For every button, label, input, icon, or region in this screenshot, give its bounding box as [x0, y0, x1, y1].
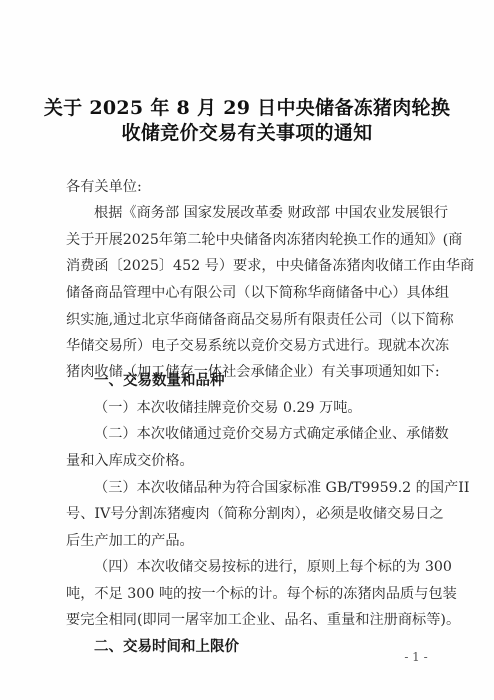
document-title-line-1: 关于 2025 年 8 月 29 日中央储备冻猪肉轮换 [0, 96, 494, 121]
intro-paragraph-line: 储备商品管理中心有限公司（以下简称华商储备中心）具体组 [66, 282, 428, 304]
section1-item-3-line: 号、IV号分割冻猪瘦肉（简称分割肉），必须是收储交易日之 [66, 503, 428, 525]
intro-paragraph-line: 华储交易所）电子交易系统以竞价交易方式进行。现就本次冻 [66, 335, 428, 357]
intro-paragraph-line: 消费函〔2025〕452 号）要求，中央储备冻猪肉收储工作由华商 [66, 255, 428, 277]
section1-item-3-line: （三）本次收储品种为符合国家标准 GB/T9959.2 的国产II [94, 477, 428, 499]
section-heading-1: 一、交易数量和品种 [94, 370, 225, 392]
salutation: 各有关单位: [66, 176, 428, 198]
page-number: - 1 - [398, 647, 434, 667]
intro-paragraph-line: 关于开展2025年第二轮中央储备肉冻猪肉轮换工作的通知》(商 [66, 229, 428, 251]
section1-item-1-line: （一）本次收储挂牌竞价交易 0.29 万吨。 [94, 397, 428, 419]
document-page: 关于 2025 年 8 月 29 日中央储备冻猪肉轮换 收储竞价交易有关事项的通… [0, 0, 494, 700]
section-heading-2: 二、交易时间和上限价 [94, 636, 239, 658]
section1-item-2-line: （二）本次收储通过竞价交易方式确定承储企业、承储数 [94, 423, 428, 445]
section1-item-4-line: （四）本次收储交易按标的进行，原则上每个标的为 300 [94, 556, 428, 578]
section1-item-4-line: 吨，不足 300 吨的按一个标的计。每个标的冻猪肉品质与包装 [66, 583, 428, 605]
document-title-line-2: 收储竞价交易有关事项的通知 [0, 121, 494, 146]
section1-item-2-line: 量和入库成交价格。 [66, 450, 428, 472]
section1-item-4-line: 要完全相同(即同一屠宰加工企业、品名、重量和注册商标等)。 [66, 609, 428, 631]
intro-paragraph-line: 织实施,通过北京华商储备商品交易所有限责任公司（以下简称 [66, 309, 428, 331]
section1-item-3-line: 后生产加工的产品。 [66, 530, 428, 552]
intro-paragraph-line: 根据《商务部 国家发展改革委 财政部 中国农业发展银行 [94, 202, 428, 224]
